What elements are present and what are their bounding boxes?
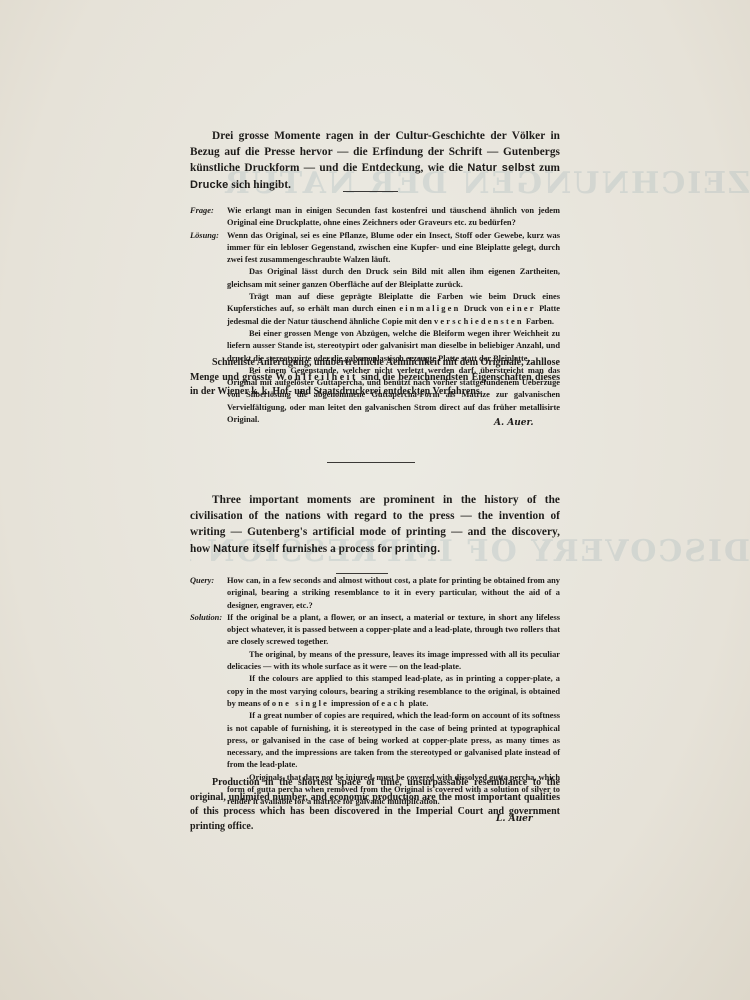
german-question: Frage: Wie erlangt man in einigen Secund… xyxy=(190,205,560,230)
separator-rule xyxy=(336,573,388,574)
document-page: Drei grosse Momente ragen in der Cultur-… xyxy=(0,0,750,1000)
spaced-emphasis: Wohlfeilheit xyxy=(276,372,358,383)
english-intro: Three important moments are prominent in… xyxy=(190,492,560,557)
separator-rule xyxy=(327,462,415,463)
solution-text: If the original be a plant, a flower, or… xyxy=(227,612,560,649)
paragraph: The original, by means of the pressure, … xyxy=(227,649,560,674)
spaced-emphasis: one single xyxy=(272,699,329,708)
paragraph-text: Druck von xyxy=(460,304,506,313)
separator-rule xyxy=(343,191,398,192)
english-intro-text: furnishes a process for xyxy=(279,543,394,555)
paragraph-text: Farben. xyxy=(524,317,554,326)
german-intro-emphasis-natur: Natur selbst xyxy=(467,162,534,174)
german-intro-text: zum xyxy=(535,162,560,174)
spaced-emphasis: einmaligen xyxy=(399,304,460,313)
paragraph: Das Original lässt durch den Druck sein … xyxy=(227,266,560,291)
english-query: Query: How can, in a few seconds and alm… xyxy=(190,575,560,612)
english-intro-text: . xyxy=(437,543,440,555)
english-intro-emphasis-nature: Nature itself xyxy=(213,543,279,555)
english-summary: Production in the shortest space of time… xyxy=(190,776,560,834)
spaced-emphasis: verschiedensten xyxy=(434,317,524,326)
signature: L. Auer xyxy=(496,814,533,824)
question-text: Wie erlangt man in einigen Secunden fast… xyxy=(227,205,560,230)
paragraph: If a great number of copies are required… xyxy=(227,710,560,771)
paragraph: If the colours are applied to this stamp… xyxy=(227,673,560,710)
paragraph-text: plate. xyxy=(406,699,428,708)
question-label: Frage: xyxy=(190,205,227,230)
spaced-emphasis: einer xyxy=(507,304,536,313)
solution-text: Wenn das Original, sei es eine Pflanze, … xyxy=(227,230,560,267)
german-intro-emphasis-drucke: Drucke xyxy=(190,179,229,191)
signature: A. Auer. xyxy=(494,418,534,428)
english-qa: Query: How can, in a few seconds and alm… xyxy=(190,575,560,809)
german-intro: Drei grosse Momente ragen in der Cultur-… xyxy=(190,128,560,193)
german-intro-text: sich hingibt. xyxy=(229,179,292,191)
query-text: How can, in a few seconds and almost wit… xyxy=(227,575,560,612)
paragraph: Trägt man auf diese geprägte Bleiplatte … xyxy=(227,291,560,328)
english-intro-emphasis-printing: printing xyxy=(395,543,438,555)
spaced-emphasis: each xyxy=(381,699,406,708)
paragraph-text: impression of xyxy=(329,699,381,708)
query-label: Query: xyxy=(190,575,227,612)
german-summary: Schnellste Anfertigung, unübertreffliche… xyxy=(190,356,560,400)
